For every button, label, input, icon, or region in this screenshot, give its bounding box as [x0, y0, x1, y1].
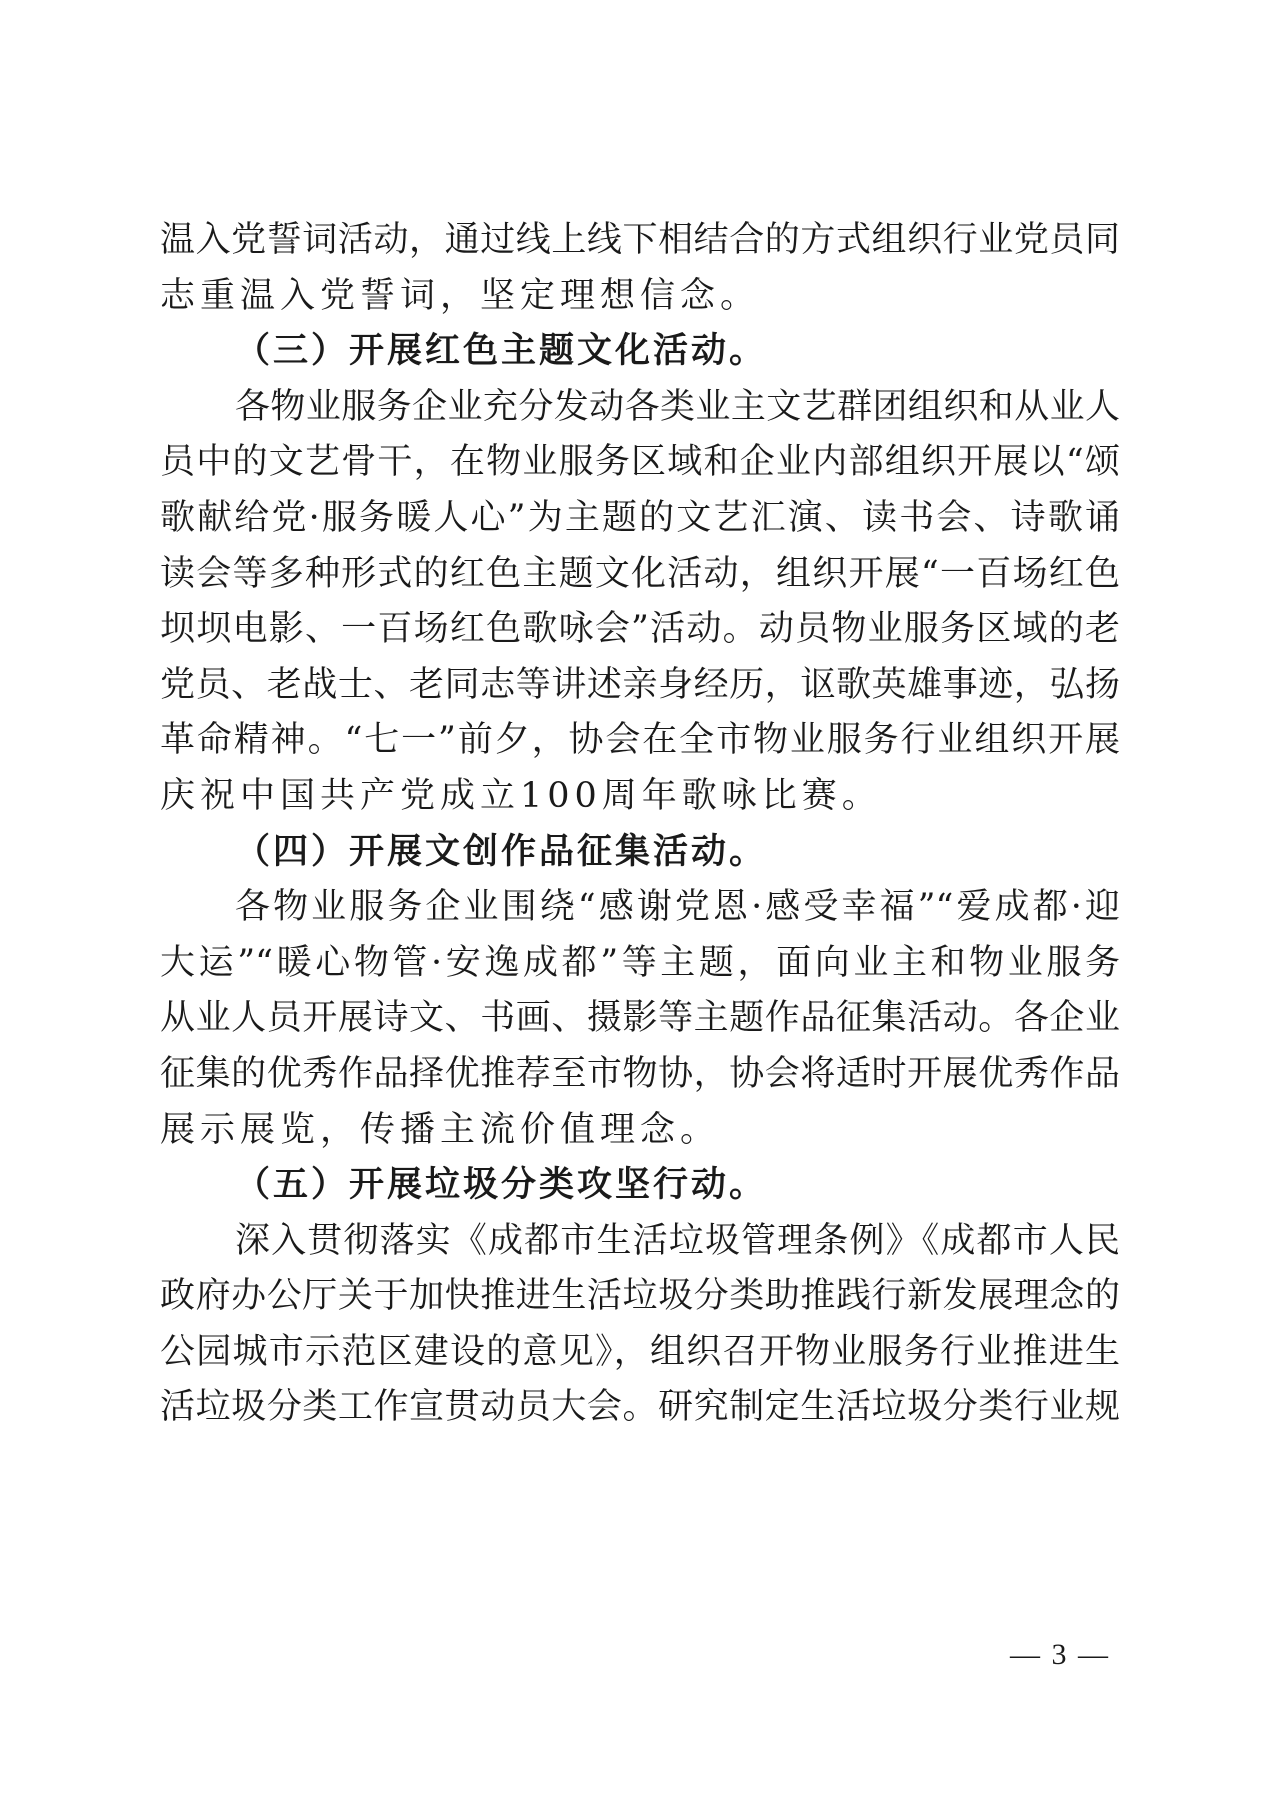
paragraph-text: 革命精神。“七一”前夕，协会在全市物业服务行业组织开展 [160, 713, 1120, 769]
section-heading-3: （三）开展红色主题文化活动。 [160, 324, 1120, 380]
heading-text: （五）开展垃圾分类攻坚行动。 [235, 1158, 767, 1214]
text-line: 活垃圾分类工作宣贯动员大会。研究制定生活垃圾分类行业规 [160, 1380, 1120, 1436]
paragraph-text: 大运”“暖心物管·安逸成都”等主题，面向业主和物业服务 [160, 936, 1120, 992]
section-heading-4: （四）开展文创作品征集活动。 [160, 825, 1120, 881]
text-line: 志重温入党誓词，坚定理想信念。 [160, 269, 1120, 325]
paragraph-text: 志重温入党誓词，坚定理想信念。 [160, 269, 760, 325]
paragraph-text: 党员、老战士、老同志等讲述亲身经历，讴歌英雄事迹，弘扬 [160, 658, 1120, 714]
paragraph-text: 活垃圾分类工作宣贯动员大会。研究制定生活垃圾分类行业规 [160, 1380, 1120, 1436]
paragraph-text: 庆祝中国共产党成立100周年歌咏比赛。 [160, 769, 882, 825]
text-line: 革命精神。“七一”前夕，协会在全市物业服务行业组织开展 [160, 713, 1120, 769]
heading-text: （三）开展红色主题文化活动。 [235, 324, 767, 380]
text-line: 展示展览，传播主流价值理念。 [160, 1103, 1120, 1159]
heading-text: （四）开展文创作品征集活动。 [235, 825, 767, 881]
text-line: 歌献给党·服务暖人心”为主题的文艺汇演、读书会、诗歌诵 [160, 491, 1120, 547]
paragraph-text: 各物业服务企业充分发动各类业主文艺群团组织和从业人 [235, 380, 1120, 436]
text-line: 各物业服务企业围绕“感谢党恩·感受幸福”“爱成都·迎 [160, 880, 1120, 936]
paragraph-text: 温入党誓词活动，通过线上线下相结合的方式组织行业党员同 [160, 213, 1120, 269]
text-line: 政府办公厅关于加快推进生活垃圾分类助推践行新发展理念的 [160, 1269, 1120, 1325]
paragraph-text: 读会等多种形式的红色主题文化活动，组织开展“一百场红色 [160, 547, 1120, 603]
paragraph-text: 展示展览，传播主流价值理念。 [160, 1103, 720, 1159]
text-line: 党员、老战士、老同志等讲述亲身经历，讴歌英雄事迹，弘扬 [160, 658, 1120, 714]
document-page: 温入党誓词活动，通过线上线下相结合的方式组织行业党员同 志重温入党誓词，坚定理想… [160, 213, 1120, 1436]
paragraph-text: 坝坝电影、一百场红色歌咏会”活动。动员物业服务区域的老 [160, 602, 1120, 658]
paragraph-text: 各物业服务企业围绕“感谢党恩·感受幸福”“爱成都·迎 [235, 880, 1120, 936]
text-line: 大运”“暖心物管·安逸成都”等主题，面向业主和物业服务 [160, 936, 1120, 992]
paragraph-text: 征集的优秀作品择优推荐至市物协，协会将适时开展优秀作品 [160, 1047, 1120, 1103]
text-line: 庆祝中国共产党成立100周年歌咏比赛。 [160, 769, 1120, 825]
paragraph-text: 深入贯彻落实《成都市生活垃圾管理条例》《成都市人民 [235, 1214, 1120, 1270]
text-line: 员中的文艺骨干，在物业服务区域和企业内部组织开展以“颂 [160, 435, 1120, 491]
text-line: 公园城市示范区建设的意见》，组织召开物业服务行业推进生 [160, 1325, 1120, 1381]
text-line: 征集的优秀作品择优推荐至市物协，协会将适时开展优秀作品 [160, 1047, 1120, 1103]
text-line: 深入贯彻落实《成都市生活垃圾管理条例》《成都市人民 [160, 1214, 1120, 1270]
section-heading-5: （五）开展垃圾分类攻坚行动。 [160, 1158, 1120, 1214]
text-line: 温入党誓词活动，通过线上线下相结合的方式组织行业党员同 [160, 213, 1120, 269]
text-line: 从业人员开展诗文、书画、摄影等主题作品征集活动。各企业 [160, 991, 1120, 1047]
page-number: — 3 — [1010, 1638, 1110, 1672]
paragraph-text: 歌献给党·服务暖人心”为主题的文艺汇演、读书会、诗歌诵 [160, 491, 1120, 547]
paragraph-text: 政府办公厅关于加快推进生活垃圾分类助推践行新发展理念的 [160, 1269, 1120, 1325]
paragraph-text: 公园城市示范区建设的意见》，组织召开物业服务行业推进生 [160, 1325, 1120, 1381]
paragraph-text: 员中的文艺骨干，在物业服务区域和企业内部组织开展以“颂 [160, 435, 1120, 491]
text-line: 各物业服务企业充分发动各类业主文艺群团组织和从业人 [160, 380, 1120, 436]
paragraph-text: 从业人员开展诗文、书画、摄影等主题作品征集活动。各企业 [160, 991, 1120, 1047]
text-line: 坝坝电影、一百场红色歌咏会”活动。动员物业服务区域的老 [160, 602, 1120, 658]
text-line: 读会等多种形式的红色主题文化活动，组织开展“一百场红色 [160, 547, 1120, 603]
